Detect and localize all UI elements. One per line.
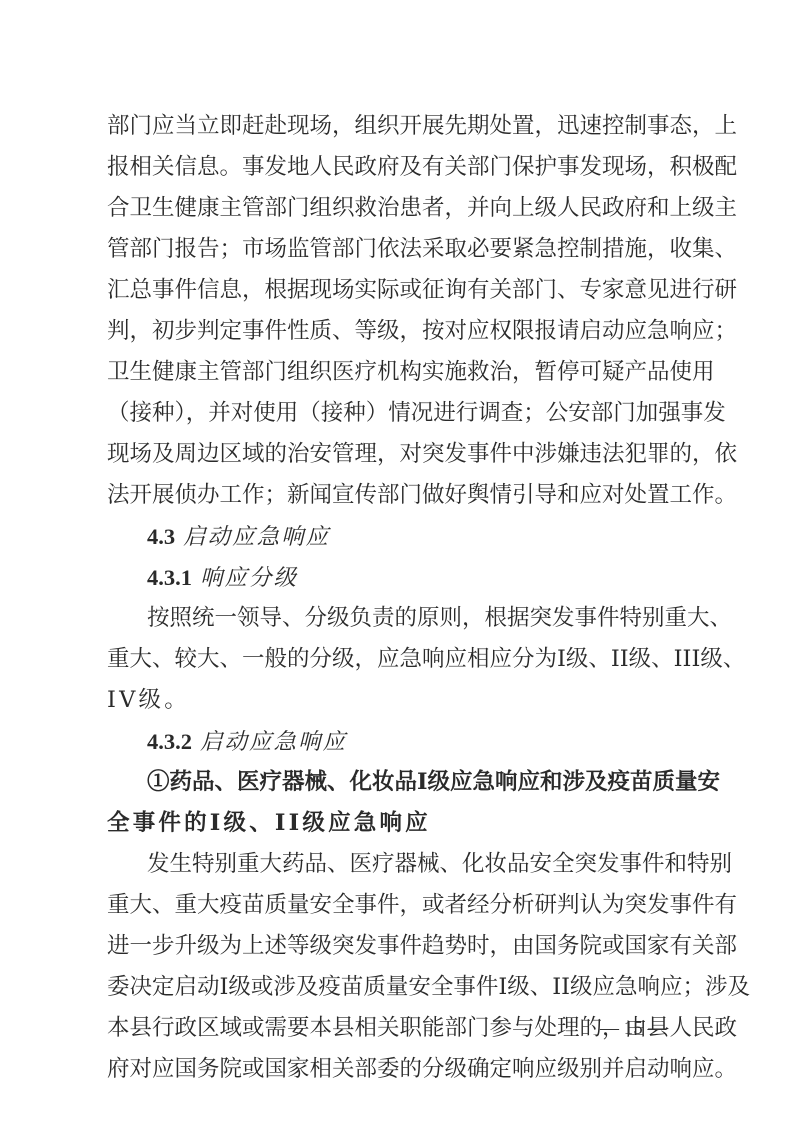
text-line: 进一步升级为上述等级突发事件趋势时，由国务院或国家有关部 [107,926,697,967]
subheading-level-one-response: ①药品、医疗器械、化妆品I级应急响应和涉及疫苗质量安 全事件的I级、II级应急响… [107,762,697,844]
paragraph-response-actions: 部门应当立即赶赴现场，组织开展先期处置，迅速控制事态，上 报相关信息。事发地人民… [107,106,697,516]
section-title: 启动应急响应 [183,524,330,550]
text-line: 部门应当立即赶赴现场，组织开展先期处置，迅速控制事态，上 [107,106,697,147]
text-line: 全事件的I级、II级应急响应 [107,803,697,844]
text-line: ①药品、医疗器械、化妆品I级应急响应和涉及疫苗质量安 [107,762,697,803]
page-number: — 15 — [600,1018,667,1040]
text-line: 现场及周边区域的治安管理，对突发事件中涉嫌违法犯罪的，依 [107,434,697,475]
section-number: 4.3 [147,524,175,549]
text-line: 委决定启动I级或涉及疫苗质量安全事件I级、II级应急响应；涉及 [107,967,697,1008]
text-line: 管部门报告；市场监管部门依法采取必要紧急控制措施，收集、 [107,229,697,270]
text-line: 重大、重大疫苗质量安全事件，或者经分析研判认为突发事件有 [107,885,697,926]
document-page: 部门应当立即赶赴现场，组织开展先期处置，迅速控制事态，上 报相关信息。事发地人民… [107,106,697,1090]
text-line: 法开展侦办工作；新闻宣传部门做好舆情引导和应对处置工作。 [107,475,697,516]
text-line: 判，初步判定事件性质、等级，按对应权限报请启动应急响应； [107,311,697,352]
section-title: 响应分级 [200,565,298,591]
text-line: （接种），并对使用（接种）情况进行调查；公安部门加强事发 [107,393,697,434]
text-line: 发生特别重大药品、医疗器械、化妆品安全突发事件和特别 [107,844,697,885]
section-number: 4.3.1 [147,565,192,590]
text-line: 府对应国务院或国家相关部委的分级确定响应级别并启动响应。 [107,1049,697,1090]
text-line: 卫生健康主管部门组织医疗机构实施救治，暂停可疑产品使用 [107,352,697,393]
paragraph-level-one-details: 发生特别重大药品、医疗器械、化妆品安全突发事件和特别 重大、重大疫苗质量安全事件… [107,844,697,1090]
text-line: IV级。 [107,680,697,721]
section-number: 4.3.2 [147,729,192,754]
section-heading-4-3-1: 4.3.1响应分级 [107,557,697,598]
text-line: 合卫生健康主管部门组织救治患者，并向上级人民政府和上级主 [107,188,697,229]
text-line: 重大、较大、一般的分级，应急响应相应分为I级、II级、III级、 [107,639,697,680]
paragraph-response-levels: 按照统一领导、分级负责的原则，根据突发事件特别重大、 重大、较大、一般的分级，应… [107,598,697,721]
section-heading-4-3: 4.3启动应急响应 [107,516,697,557]
text-line: 按照统一领导、分级负责的原则，根据突发事件特别重大、 [107,598,697,639]
text-line: 报相关信息。事发地人民政府及有关部门保护事发现场，积极配 [107,147,697,188]
section-heading-4-3-2: 4.3.2启动应急响应 [107,721,697,762]
section-title: 启动应急响应 [200,729,347,755]
text-line: 汇总事件信息，根据现场实际或征询有关部门、专家意见进行研 [107,270,697,311]
